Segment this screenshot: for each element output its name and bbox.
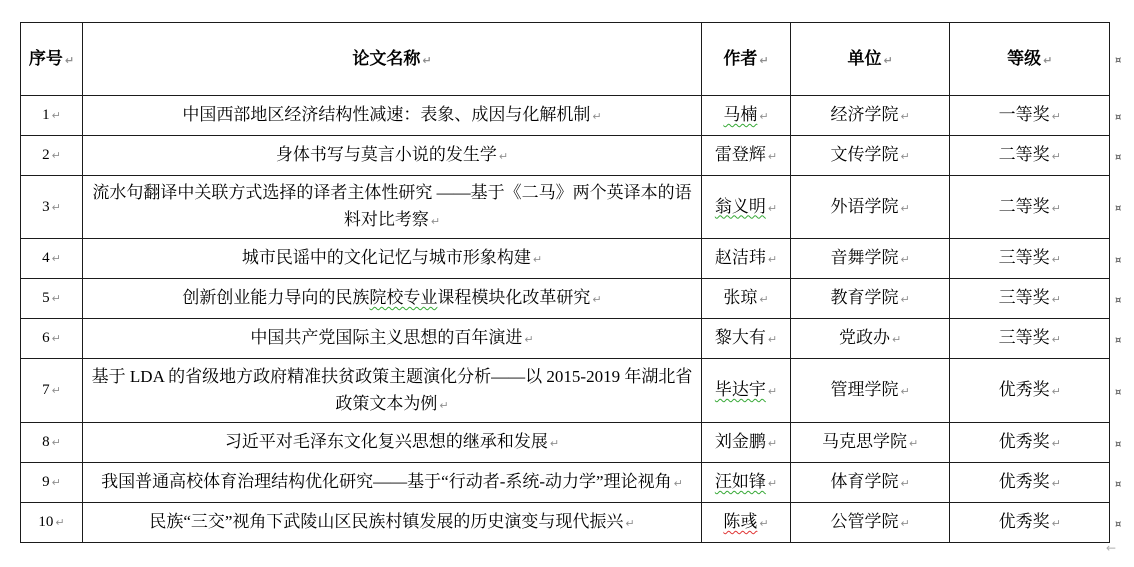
cell-title: 中国共产党国际主义思想的百年演进↵ xyxy=(82,319,701,359)
cell-grade: 二等奖↵ xyxy=(950,176,1110,239)
paragraph-mark-icon: ↵ xyxy=(52,384,61,397)
paragraph-mark-icon: ↵ xyxy=(759,517,768,530)
cell-author: 汪如锋↵ xyxy=(702,463,791,503)
cell-index: 3↵ xyxy=(21,176,83,239)
paragraph-mark-icon: ↵ xyxy=(884,54,893,67)
cell-grade: 优秀奖↵ xyxy=(950,359,1110,423)
row-end-mark-icon: ¤ xyxy=(1115,387,1121,398)
paragraph-mark-icon: ↵ xyxy=(901,385,910,398)
paragraph-mark-icon: ↵ xyxy=(1052,477,1061,490)
cell-index: 7↵ xyxy=(21,359,83,423)
cell-index: 5↵ xyxy=(21,279,83,319)
row-end-mark-icon: ¤ xyxy=(1115,295,1121,306)
row-end-mark: ¤ xyxy=(1110,503,1134,543)
paragraph-mark-icon: ↵ xyxy=(592,110,601,123)
cell-title: 民族“三交”视角下武陵山区民族村镇发展的历史演变与现代振兴↵ xyxy=(82,503,701,543)
paragraph-mark-icon: ↵ xyxy=(1052,202,1061,215)
table-row: 1↵ 中国西部地区经济结构性减速：表象、成因与化解机制↵ 马楠↵ 经济学院↵ 一… xyxy=(21,96,1134,136)
cell-index: 6↵ xyxy=(21,319,83,359)
table-row: 2↵ 身体书写与莫言小说的发生学↵ 雷登辉↵ 文传学院↵ 二等奖↵ ¤ xyxy=(21,136,1134,176)
paragraph-mark-icon: ↵ xyxy=(901,477,910,490)
paragraph-mark-icon: ↵ xyxy=(901,253,910,266)
paragraph-mark-icon: ↵ xyxy=(1052,110,1061,123)
paragraph-mark-icon: ↵ xyxy=(759,110,768,123)
paragraph-mark-icon: ↵ xyxy=(52,476,61,489)
row-end-mark-icon: ¤ xyxy=(1115,255,1121,266)
cell-author: 毕达宇↵ xyxy=(702,359,791,423)
paragraph-mark-icon: ↵ xyxy=(768,437,777,450)
paragraph-mark-icon: ↵ xyxy=(592,293,601,306)
row-end-mark-icon: ¤ xyxy=(1115,519,1121,530)
cell-index: 8↵ xyxy=(21,423,83,463)
cell-author: 刘金鹏↵ xyxy=(702,423,791,463)
paragraph-mark-icon: ↵ xyxy=(901,150,910,163)
col-header-title: 论文名称↵ xyxy=(82,23,701,96)
col-header-unit-label: 单位 xyxy=(848,49,882,68)
paragraph-mark-icon: ↵ xyxy=(533,253,542,266)
paragraph-mark-icon: ↵ xyxy=(1043,54,1052,67)
paragraph-mark-icon: ↵ xyxy=(759,293,768,306)
cell-unit: 体育学院↵ xyxy=(790,463,950,503)
cell-title: 基于 LDA 的省级地方政府精准扶贫政策主题演化分析——以 2015-2019 … xyxy=(82,359,701,423)
col-header-index-label: 序号 xyxy=(29,49,63,68)
paragraph-mark-icon: ↵ xyxy=(1052,437,1061,450)
cell-unit: 公管学院↵ xyxy=(790,503,950,543)
cell-title: 中国西部地区经济结构性减速：表象、成因与化解机制↵ xyxy=(82,96,701,136)
col-header-author-label: 作者 xyxy=(723,49,757,68)
cell-title: 习近平对毛泽东文化复兴思想的继承和发展↵ xyxy=(82,423,701,463)
paragraph-mark-icon: ↵ xyxy=(1052,333,1061,346)
paragraph-mark-icon: ↵ xyxy=(768,253,777,266)
paragraph-mark-icon: ↵ xyxy=(439,399,448,412)
paragraph-mark-icon: ↵ xyxy=(499,150,508,163)
col-header-unit: 单位↵ xyxy=(790,23,950,96)
table-row: 5↵ 创新创业能力导向的民族院校专业课程模块化改革研究↵ 张琼↵ 教育学院↵ 三… xyxy=(21,279,1134,319)
row-end-mark: ¤ xyxy=(1110,359,1134,423)
cell-grade: 一等奖↵ xyxy=(950,96,1110,136)
row-end-mark: ¤ xyxy=(1110,96,1134,136)
paragraph-mark-icon: ↵ xyxy=(909,437,918,450)
row-end-mark: ¤ xyxy=(1110,23,1134,96)
paragraph-mark-icon: ↵ xyxy=(52,109,61,122)
cell-unit: 经济学院↵ xyxy=(790,96,950,136)
paragraph-mark-icon: ↵ xyxy=(431,215,440,228)
document-page: 序号↵ 论文名称↵ 作者↵ 单位↵ 等级↵ ¤ 1↵ 中国西部地区经济结构性减速… xyxy=(20,22,1134,543)
row-end-mark: ¤ xyxy=(1110,136,1134,176)
paragraph-mark-icon: ↵ xyxy=(674,477,683,490)
paragraph-mark-icon: ↵ xyxy=(768,202,777,215)
col-header-author: 作者↵ xyxy=(702,23,791,96)
row-end-mark-icon: ¤ xyxy=(1115,55,1121,66)
cell-grade: 三等奖↵ xyxy=(950,279,1110,319)
table-row: 10↵ 民族“三交”视角下武陵山区民族村镇发展的历史演变与现代振兴↵ 陈彧↵ 公… xyxy=(21,503,1134,543)
table-row: 4↵ 城市民谣中的文化记忆与城市形象构建↵ 赵洁玮↵ 音舞学院↵ 三等奖↵ ¤ xyxy=(21,239,1134,279)
paragraph-mark-icon: ↵ xyxy=(65,54,74,67)
paragraph-mark-icon: ↵ xyxy=(52,252,61,265)
paragraph-mark-icon: ↵ xyxy=(768,477,777,490)
cell-grade: 三等奖↵ xyxy=(950,239,1110,279)
cell-unit: 党政办↵ xyxy=(790,319,950,359)
cell-unit: 文传学院↵ xyxy=(790,136,950,176)
cell-title: 我国普通高校体育治理结构优化研究——基于“行动者-系统-动力学”理论视角↵ xyxy=(82,463,701,503)
paragraph-mark-icon: ↵ xyxy=(52,436,61,449)
paragraph-mark-icon: ↵ xyxy=(1052,150,1061,163)
document-end-arrow-icon: ← xyxy=(1106,541,1116,555)
table-row: 3↵ 流水句翻译中关联方式选择的译者主体性研究 ——基于《二马》两个英译本的语料… xyxy=(21,176,1134,239)
paragraph-mark-icon: ↵ xyxy=(1052,253,1061,266)
row-end-mark-icon: ¤ xyxy=(1115,112,1121,123)
cell-grade: 优秀奖↵ xyxy=(950,463,1110,503)
cell-grade: 优秀奖↵ xyxy=(950,503,1110,543)
paragraph-mark-icon: ↵ xyxy=(768,150,777,163)
cell-grade: 二等奖↵ xyxy=(950,136,1110,176)
row-end-mark: ¤ xyxy=(1110,463,1134,503)
header-row: 序号↵ 论文名称↵ 作者↵ 单位↵ 等级↵ ¤ xyxy=(21,23,1134,96)
cell-title: 城市民谣中的文化记忆与城市形象构建↵ xyxy=(82,239,701,279)
row-end-mark-icon: ¤ xyxy=(1115,439,1121,450)
cell-grade: 优秀奖↵ xyxy=(950,423,1110,463)
row-end-mark: ¤ xyxy=(1110,279,1134,319)
paragraph-mark-icon: ↵ xyxy=(768,385,777,398)
cell-index: 9↵ xyxy=(21,463,83,503)
cell-title: 流水句翻译中关联方式选择的译者主体性研究 ——基于《二马》两个英译本的语料对比考… xyxy=(82,176,701,239)
paragraph-mark-icon: ↵ xyxy=(52,292,61,305)
cell-unit: 教育学院↵ xyxy=(790,279,950,319)
table-row: 7↵ 基于 LDA 的省级地方政府精准扶贫政策主题演化分析——以 2015-20… xyxy=(21,359,1134,423)
row-end-mark: ¤ xyxy=(1110,239,1134,279)
paragraph-mark-icon: ↵ xyxy=(524,333,533,346)
paragraph-mark-icon: ↵ xyxy=(52,149,61,162)
cell-author: 黎大有↵ xyxy=(702,319,791,359)
paragraph-mark-icon: ↵ xyxy=(52,332,61,345)
paragraph-mark-icon: ↵ xyxy=(901,202,910,215)
table-row: 8↵ 习近平对毛泽东文化复兴思想的继承和发展↵ 刘金鹏↵ 马克思学院↵ 优秀奖↵… xyxy=(21,423,1134,463)
cell-unit: 马克思学院↵ xyxy=(790,423,950,463)
cell-author: 翁义明↵ xyxy=(702,176,791,239)
cell-unit: 管理学院↵ xyxy=(790,359,950,423)
paragraph-mark-icon: ↵ xyxy=(550,437,559,450)
cell-title: 身体书写与莫言小说的发生学↵ xyxy=(82,136,701,176)
paragraph-mark-icon: ↵ xyxy=(625,517,634,530)
awards-table: 序号↵ 论文名称↵ 作者↵ 单位↵ 等级↵ ¤ 1↵ 中国西部地区经济结构性减速… xyxy=(20,22,1134,543)
paragraph-mark-icon: ↵ xyxy=(901,517,910,530)
paragraph-mark-icon: ↵ xyxy=(1052,517,1061,530)
cell-unit: 外语学院↵ xyxy=(790,176,950,239)
row-end-mark: ¤ xyxy=(1110,423,1134,463)
table-row: 9↵ 我国普通高校体育治理结构优化研究——基于“行动者-系统-动力学”理论视角↵… xyxy=(21,463,1134,503)
cell-index: 1↵ xyxy=(21,96,83,136)
paragraph-mark-icon: ↵ xyxy=(422,54,431,67)
col-header-index: 序号↵ xyxy=(21,23,83,96)
cell-author: 马楠↵ xyxy=(702,96,791,136)
col-header-grade: 等级↵ xyxy=(950,23,1110,96)
table-row: 6↵ 中国共产党国际主义思想的百年演进↵ 黎大有↵ 党政办↵ 三等奖↵ ¤ xyxy=(21,319,1134,359)
paragraph-mark-icon: ↵ xyxy=(768,333,777,346)
cell-author: 陈彧↵ xyxy=(702,503,791,543)
paragraph-mark-icon: ↵ xyxy=(759,54,768,67)
cell-author: 雷登辉↵ xyxy=(702,136,791,176)
paragraph-mark-icon: ↵ xyxy=(1052,293,1061,306)
paragraph-mark-icon: ↵ xyxy=(892,333,901,346)
spellcheck-squiggle: 院校专业 xyxy=(369,288,437,307)
paragraph-mark-icon: ↵ xyxy=(901,110,910,123)
cell-grade: 三等奖↵ xyxy=(950,319,1110,359)
row-end-mark-icon: ¤ xyxy=(1115,203,1121,214)
cell-author: 赵洁玮↵ xyxy=(702,239,791,279)
cell-author: 张琼↵ xyxy=(702,279,791,319)
cell-index: 10↵ xyxy=(21,503,83,543)
row-end-mark: ¤ xyxy=(1110,319,1134,359)
paragraph-mark-icon: ↵ xyxy=(1052,385,1061,398)
cell-unit: 音舞学院↵ xyxy=(790,239,950,279)
cell-index: 4↵ xyxy=(21,239,83,279)
cell-title: 创新创业能力导向的民族院校专业课程模块化改革研究↵ xyxy=(82,279,701,319)
col-header-title-label: 论文名称 xyxy=(352,49,420,68)
paragraph-mark-icon: ↵ xyxy=(52,201,61,214)
paragraph-mark-icon: ↵ xyxy=(55,516,64,529)
row-end-mark-icon: ¤ xyxy=(1115,479,1121,490)
cell-index: 2↵ xyxy=(21,136,83,176)
paragraph-mark-icon: ↵ xyxy=(901,293,910,306)
col-header-grade-label: 等级 xyxy=(1007,49,1041,68)
row-end-mark-icon: ¤ xyxy=(1115,152,1121,163)
row-end-mark-icon: ¤ xyxy=(1115,335,1121,346)
row-end-mark: ¤ xyxy=(1110,176,1134,239)
